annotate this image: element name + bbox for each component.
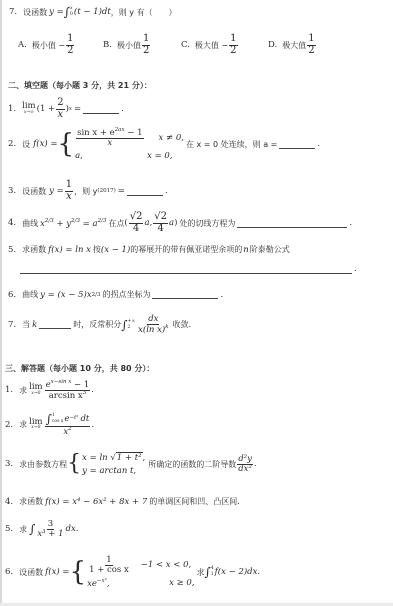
paren: ) bbox=[174, 218, 177, 228]
denominator: x bbox=[65, 192, 73, 203]
math-lhs: y = bbox=[49, 7, 64, 17]
case-1: 11 + cos x −1 < x < 0, bbox=[87, 556, 194, 575]
numerator: d²y bbox=[237, 455, 253, 465]
question-text: 设 bbox=[22, 139, 30, 150]
brace: { bbox=[67, 453, 81, 475]
fill-question-4: 4. 曲线 x2/3 + y2/3 = a2/3 在点 ( √24 a, √24… bbox=[8, 212, 352, 234]
period: . bbox=[220, 290, 223, 300]
answer-blank[interactable] bbox=[152, 290, 218, 299]
option-label: C. bbox=[181, 40, 190, 50]
numerator: 1 bbox=[66, 34, 74, 46]
derivative-order: (2017) bbox=[97, 188, 115, 194]
fill-question-7: 7. 当 k 时，反常积分 ∫ +∞ 2 dx x(ln x)k 收敛. bbox=[8, 315, 191, 335]
exponent: x−sin x bbox=[51, 379, 72, 385]
fill-question-5-answer-line: . bbox=[18, 264, 357, 274]
fraction: 2x bbox=[56, 98, 64, 120]
fill-question-6: 6. 曲线 y = (x − 5)x 2/3 的拐点坐标为 . bbox=[8, 289, 223, 300]
fraction: √24 bbox=[129, 212, 144, 234]
exponent: 2 bbox=[68, 426, 72, 432]
mc-question-7: 7. 设函数 y = ∫ x 0 (t − 1)dt ，则 y 有（ ） bbox=[9, 6, 177, 19]
question-number: 4. bbox=[5, 497, 13, 507]
numerator: 1 bbox=[307, 34, 315, 46]
limit: limx→0 bbox=[29, 384, 43, 396]
fill-question-5: 5. 求函数 f(x) = ln x 按 (x − 1) 的幂展开的带有佩亚诺型… bbox=[8, 244, 290, 255]
fraction: 12 bbox=[307, 34, 315, 56]
question-number: 5. bbox=[8, 245, 16, 255]
question-number: 3. bbox=[5, 459, 13, 469]
equals: = bbox=[74, 104, 81, 114]
denominator: 2 bbox=[66, 46, 74, 57]
question-text: 求 bbox=[19, 385, 27, 396]
integral-limits: 1cos x bbox=[52, 413, 64, 426]
exponent: 3 bbox=[83, 390, 87, 396]
fill-question-3: 3. 设函数 y = 1x ，则 y (2017) = . bbox=[8, 180, 168, 202]
fraction: 3x³ + 1 bbox=[36, 520, 64, 539]
fraction: 12 bbox=[66, 34, 74, 56]
option-c[interactable]: C. 极大值 − 12 bbox=[181, 34, 239, 56]
denominator: 2 bbox=[229, 46, 237, 57]
question-text: 求 bbox=[19, 524, 27, 535]
case-1: sin x + e2ax − 1 x x ≠ 0, bbox=[75, 128, 184, 148]
question-text: 在点 bbox=[108, 218, 124, 229]
answer-blank[interactable] bbox=[20, 265, 352, 274]
denominator: x2 bbox=[62, 427, 72, 437]
lim-sub: x→0 bbox=[31, 426, 40, 430]
exponent: 2/3 bbox=[92, 292, 101, 298]
option-d[interactable]: D. 极大值 12 bbox=[268, 34, 317, 56]
period: . bbox=[91, 385, 94, 395]
function-def: f(x) = ln x bbox=[48, 245, 91, 255]
numerator: 1 bbox=[142, 34, 150, 46]
fraction: dx x(ln x)k bbox=[137, 315, 169, 335]
option-text: 极小值 bbox=[117, 40, 141, 51]
fraction: √24 bbox=[153, 212, 168, 234]
fraction: 12 bbox=[142, 34, 150, 56]
limit: limx→∞ bbox=[22, 103, 36, 115]
piecewise: sin x + e2ax − 1 x x ≠ 0, a, x = 0, bbox=[75, 128, 184, 161]
comma: , bbox=[143, 453, 146, 463]
numerator: 1 bbox=[65, 180, 73, 192]
lower-limit: cos x bbox=[52, 419, 64, 425]
parametric-system: x = ln √1 + t², y = arctan t, bbox=[82, 452, 145, 476]
condition: x ≥ 0, bbox=[169, 578, 194, 588]
question-number: 1. bbox=[5, 385, 13, 395]
integral-limits: +∞ 2 bbox=[128, 319, 136, 332]
brace: { bbox=[58, 131, 75, 157]
question-number: 7. bbox=[8, 320, 16, 330]
numerator: √2 bbox=[153, 212, 168, 224]
question-number: 4. bbox=[8, 218, 16, 228]
question-number: 2. bbox=[5, 420, 13, 430]
numerator: dx bbox=[147, 315, 159, 325]
fill-question-2: 2. 设 f(x) = { sin x + e2ax − 1 x x ≠ 0, … bbox=[8, 128, 320, 161]
denominator: x bbox=[57, 110, 65, 121]
solve-question-6: 6. 设函数 f(x) = { 11 + cos x −1 < x < 0, x… bbox=[5, 556, 260, 589]
question-text: 求 bbox=[19, 419, 27, 430]
denominator: 2 bbox=[307, 46, 315, 57]
period: . bbox=[349, 218, 352, 228]
exponent: −x² bbox=[97, 578, 107, 584]
condition: −1 < x < 0, bbox=[141, 560, 192, 570]
case-2: xe−x², x ≥ 0, bbox=[87, 578, 194, 589]
condition: x ≠ 0, bbox=[159, 133, 184, 143]
question-text: ，则 y bbox=[74, 186, 97, 197]
answer-blank[interactable] bbox=[83, 105, 119, 114]
denominator: x(ln x)k bbox=[137, 325, 169, 335]
equation-x: x = ln √1 + t², bbox=[82, 452, 145, 463]
equals: = bbox=[118, 186, 125, 196]
period: . bbox=[354, 264, 357, 274]
fraction: sin x + e2ax − 1 x bbox=[76, 128, 143, 148]
function-def: y = (x − 5)x bbox=[40, 290, 91, 300]
period: . bbox=[317, 139, 320, 149]
exponent: −t² bbox=[69, 416, 78, 422]
brace: { bbox=[70, 559, 87, 585]
order-n: n bbox=[243, 245, 248, 255]
answer-blank[interactable] bbox=[237, 219, 347, 228]
equation-y: y = arctan t, bbox=[82, 466, 145, 476]
question-suffix: 所确定的函数的二阶导数 bbox=[148, 459, 236, 470]
denominator: x bbox=[106, 139, 113, 148]
page-left-edge bbox=[0, 0, 2, 606]
denominator: 4 bbox=[132, 224, 140, 235]
question-number: 6. bbox=[8, 290, 16, 300]
exponent: x bbox=[69, 106, 72, 112]
section-heading-fill-blank: 二、填空题（每小题 3 分，共 21 分）： bbox=[8, 80, 152, 91]
paren: ( bbox=[124, 218, 127, 228]
expansion-point: (x − 1) bbox=[101, 245, 130, 255]
function-def: f(x) = bbox=[45, 567, 69, 577]
option-text: 极大值 − bbox=[195, 40, 228, 51]
lower-limit: 2 bbox=[128, 325, 136, 331]
fill-question-1: 1. limx→∞ (1 + 2x ) x = . bbox=[8, 98, 124, 120]
solve-question-2: 2. 求 limx→0 ∫ 1cos x e−t² dt x2 . bbox=[5, 413, 94, 436]
differential: dx bbox=[66, 524, 76, 534]
period: . bbox=[257, 567, 260, 577]
denominator: x³ + 1 bbox=[36, 530, 64, 539]
question-suffix: 的单调区间和凹、凸区间. bbox=[149, 496, 240, 507]
integral-limits: x 0 bbox=[70, 6, 73, 19]
curve-equation: x2/3 + y2/3 = a2/3 bbox=[40, 218, 106, 229]
value: a, bbox=[75, 151, 137, 161]
solve-question-3: 3. 求由参数方程 { x = ln √1 + t², y = arctan t… bbox=[5, 452, 257, 476]
question-suffix: 的拐点坐标为 bbox=[102, 289, 150, 300]
option-b[interactable]: B. 极小值 12 bbox=[103, 34, 151, 56]
solve-question-5: 5. 求 ∫ 3x³ + 1 dx . bbox=[5, 520, 78, 539]
limit: limx→0 bbox=[29, 419, 43, 431]
denominator: 1 + cos x bbox=[88, 566, 130, 575]
question-text: 设函数 bbox=[19, 567, 43, 578]
numerator: ∫ 1cos x e−t² dt bbox=[45, 413, 91, 427]
question-suffix: 在 x = 0 处连续，则 a = bbox=[186, 139, 277, 150]
question-number: 7. bbox=[9, 7, 17, 17]
eq-text: x = ln bbox=[82, 453, 108, 463]
integrand: (t − 1)dt bbox=[74, 7, 111, 17]
question-suffix: 求 bbox=[197, 567, 205, 578]
answer-blank[interactable] bbox=[127, 187, 163, 196]
fraction: d²ydx² bbox=[237, 455, 253, 474]
num-tail: − 1 bbox=[125, 128, 143, 138]
lower-limit: 0 bbox=[70, 12, 73, 18]
function-def: f(x) = x⁴ − 6x² + 8x + 7 bbox=[45, 497, 147, 507]
solve-question-4: 4. 求函数 f(x) = x⁴ − 6x² + 8x + 7 的单调区间和凹、… bbox=[5, 496, 240, 507]
lower-limit: 1 bbox=[211, 572, 214, 578]
comma: , bbox=[107, 579, 110, 589]
fraction: ex−sin x − 1 arcsin x3 bbox=[45, 380, 91, 401]
denominator: 4 bbox=[156, 224, 164, 235]
num-text: sin x + e bbox=[77, 128, 115, 138]
lim-sub: x→0 bbox=[31, 392, 40, 396]
section-heading-solve: 三、解答题（每小题 10 分，共 80 分）： bbox=[5, 363, 154, 374]
question-suffix: ，则 y 有（ ） bbox=[111, 7, 177, 18]
question-text: 按 bbox=[93, 244, 101, 255]
period: . bbox=[165, 186, 168, 196]
question-text: 设函数 bbox=[23, 7, 47, 18]
option-text: 极小值 − bbox=[32, 40, 65, 51]
exponent: 2ax bbox=[115, 127, 125, 133]
exponent: k bbox=[165, 324, 168, 330]
lim-sub: x→∞ bbox=[24, 111, 34, 115]
case-2: a, x = 0, bbox=[75, 151, 184, 161]
integral-limits: 41 bbox=[211, 566, 214, 579]
expression: (1 + bbox=[37, 104, 56, 114]
comma: , bbox=[150, 218, 153, 228]
question-number: 2. bbox=[8, 139, 16, 149]
question-text: 阶泰勒公式 bbox=[250, 244, 290, 255]
question-text: 曲线 bbox=[22, 218, 38, 229]
question-text: 求由参数方程 bbox=[19, 459, 67, 470]
den-text: arcsin x bbox=[49, 391, 83, 401]
den-text: x(ln x) bbox=[138, 325, 165, 335]
piecewise: 11 + cos x −1 < x < 0, xe−x², x ≥ 0, bbox=[87, 556, 194, 589]
period: . bbox=[254, 459, 257, 469]
period: . bbox=[91, 420, 94, 430]
question-text: 曲线 bbox=[22, 289, 38, 300]
denominator: 2 bbox=[142, 46, 150, 57]
question-text: 的幂展开的带有佩亚诺型余项的 bbox=[130, 244, 242, 255]
option-text: 极大值 bbox=[282, 40, 306, 51]
num-tail: − 1 bbox=[71, 380, 89, 390]
question-text: 设函数 bbox=[22, 186, 46, 197]
denominator: dx² bbox=[237, 465, 253, 474]
function-def: f(x) = bbox=[33, 139, 57, 149]
answer-blank[interactable] bbox=[39, 320, 71, 329]
variable-k: k bbox=[32, 320, 37, 330]
value-text: xe bbox=[87, 579, 97, 589]
question-text: 求函数 bbox=[22, 244, 46, 255]
question-number: 3. bbox=[8, 186, 16, 196]
question-text: 当 bbox=[22, 319, 30, 330]
condition: x = 0, bbox=[147, 151, 172, 161]
question-text: 求函数 bbox=[19, 496, 43, 507]
question-text: 时，反常积分 bbox=[73, 319, 121, 330]
value: xe−x², bbox=[87, 578, 145, 589]
integrand: f(x − 2)dx bbox=[215, 567, 258, 577]
fraction: ∫ 1cos x e−t² dt x2 bbox=[45, 413, 91, 436]
numerator: 2 bbox=[56, 98, 64, 110]
denominator: arcsin x3 bbox=[48, 391, 87, 401]
question-number: 6. bbox=[5, 567, 13, 577]
integral-sign: ∫ bbox=[29, 523, 35, 535]
numerator: √2 bbox=[129, 212, 144, 224]
question-number: 5. bbox=[5, 524, 13, 534]
differential: dt bbox=[80, 415, 89, 424]
question-suffix: 收敛. bbox=[173, 319, 192, 330]
solve-question-1: 1. 求 limx→0 ex−sin x − 1 arcsin x3 . bbox=[5, 380, 94, 401]
question-number: 1. bbox=[8, 104, 16, 114]
radicand: 1 + t² bbox=[116, 452, 143, 463]
math-lhs: y = bbox=[49, 186, 64, 196]
fraction: 12 bbox=[229, 34, 237, 56]
option-label: A. bbox=[18, 40, 27, 50]
fraction: 1x bbox=[65, 180, 73, 202]
answer-blank[interactable] bbox=[279, 140, 315, 149]
option-label: D. bbox=[268, 40, 277, 50]
numerator: 1 bbox=[229, 34, 237, 46]
question-suffix: 处的切线方程为 bbox=[179, 218, 235, 229]
period: . bbox=[76, 524, 79, 534]
period: . bbox=[121, 104, 124, 114]
option-a[interactable]: A. 极小值 − 12 bbox=[18, 34, 75, 56]
fraction: 11 + cos x bbox=[88, 556, 130, 575]
option-label: B. bbox=[103, 40, 112, 50]
